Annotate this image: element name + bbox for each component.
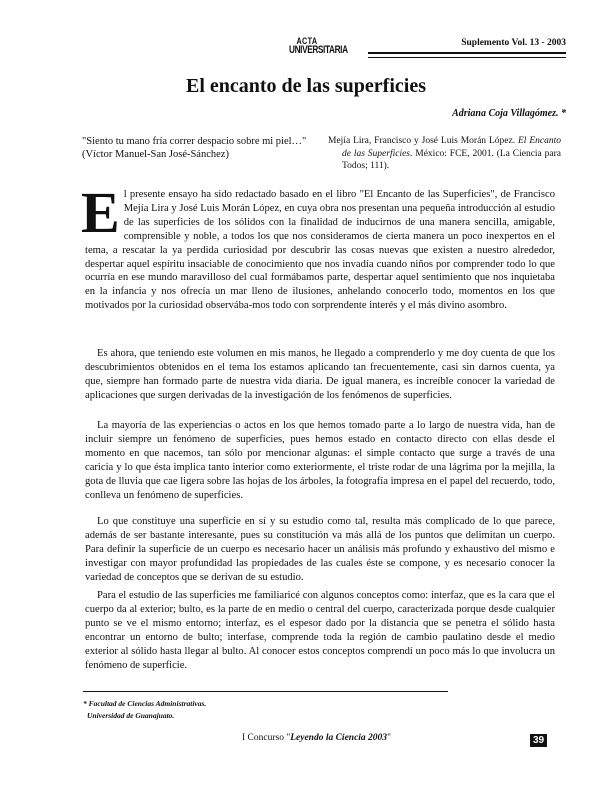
header-rule [368, 52, 566, 58]
footnote-line-1: * Facultad de Ciencias Administrativas. [83, 698, 206, 710]
paragraph-1: El presente ensayo ha sido redactado bas… [85, 188, 555, 313]
paragraph-2: Es ahora, que teniendo este volumen en m… [85, 347, 555, 403]
running-footer: I Concurso "Leyendo la Ciencia 2003" [242, 733, 391, 743]
running-header: Suplemento Vol. 13 - 2003 [461, 38, 566, 48]
paragraph-1-text: l presente ensayo ha sido redactado basa… [85, 189, 555, 311]
logo-bottom-text: UNIVERSITARIA [289, 46, 325, 55]
footnote-line-2: Universidad de Guanajuato. [83, 710, 206, 722]
epigraph-quote: "Siento tu mano fría correr despacio sob… [82, 135, 317, 148]
page-number: 39 [530, 734, 547, 747]
footer-contest-name: Leyendo la Ciencia 2003 [290, 733, 387, 743]
reference-authors: Mejía Lira, Francisco y José Luis Morán … [328, 136, 518, 146]
footer-prefix: I Concurso " [242, 733, 290, 743]
epigraph-attribution: (Víctor Manuel-San José-Sánchez) [82, 148, 317, 161]
journal-logo: ACTA UNIVERSITARIA [283, 37, 331, 55]
epigraph: "Siento tu mano fría correr despacio sob… [82, 135, 317, 161]
footnote-rule [83, 691, 448, 692]
paragraph-3: La mayoría de las experiencias o actos e… [85, 419, 555, 502]
article-title: El encanto de las superficies [0, 75, 612, 98]
article-author: Adriana Coja Villagómez. * [452, 108, 566, 119]
book-reference: Mejía Lira, Francisco y José Luis Morán … [328, 135, 561, 173]
drop-cap: E [81, 190, 120, 236]
paragraph-5: Para el estudio de las superficies me fa… [85, 589, 555, 672]
footnote: * Facultad de Ciencias Administrativas. … [83, 698, 206, 722]
paragraph-4: Lo que constituye una superficie en sí y… [85, 515, 555, 585]
footer-suffix: " [387, 733, 391, 743]
